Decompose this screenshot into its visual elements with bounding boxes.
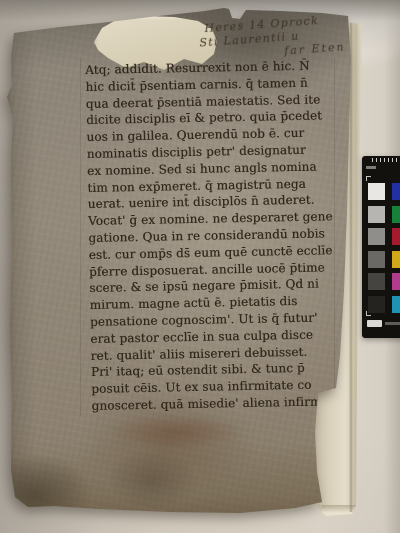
ruling-line-left: [80, 58, 81, 416]
gray-patch-neutral-5: [368, 251, 385, 268]
color-patch-magenta: [392, 273, 400, 290]
gray-patch-white: [368, 183, 385, 200]
grayscale-patch-column: [368, 183, 385, 313]
inscription-line: far Eten: [284, 39, 367, 59]
chart-maker-logo: [367, 320, 382, 327]
gray-patch-neutral-65: [368, 228, 385, 245]
color-patch-cyan: [392, 296, 400, 313]
chart-registration-mark: [366, 176, 371, 181]
inscription-line: Sti Laurentii u: [199, 25, 366, 51]
chart-ruler-ticks: [372, 158, 400, 162]
color-patch-yellow: [392, 251, 400, 268]
color-patch-blue: [392, 183, 400, 200]
inscription-line: Heres 14 Oprock: [204, 11, 365, 36]
color-patch-column: [392, 183, 400, 313]
parchment-leaf: Heres 14 Oprock Sti Laurentii u far Eten…: [0, 0, 400, 533]
gray-patch-neutral-8: [368, 206, 385, 223]
faded-ink-inscription: Heres 14 Oprock Sti Laurentii u far Eten: [204, 11, 367, 64]
manuscript-text-line: gnosceret. quā misedie' aliena infirma: [91, 393, 345, 415]
manuscript-photo: Heres 14 Oprock Sti Laurentii u far Eten…: [0, 0, 400, 533]
gray-patch-neutral-35: [368, 273, 385, 290]
color-patch-red: [392, 228, 400, 245]
gray-patch-black: [368, 296, 385, 313]
latin-text-block: Atq; addidit. Resurrexit non ē hic. N̄hi…: [85, 57, 346, 415]
color-patch-green: [392, 206, 400, 223]
chart-top-label: [366, 166, 376, 169]
chart-caption-text: [385, 322, 400, 325]
color-calibration-chart: [362, 156, 400, 338]
leaf-shadow-wrap: Heres 14 Oprock Sti Laurentii u far Eten…: [0, 0, 400, 533]
